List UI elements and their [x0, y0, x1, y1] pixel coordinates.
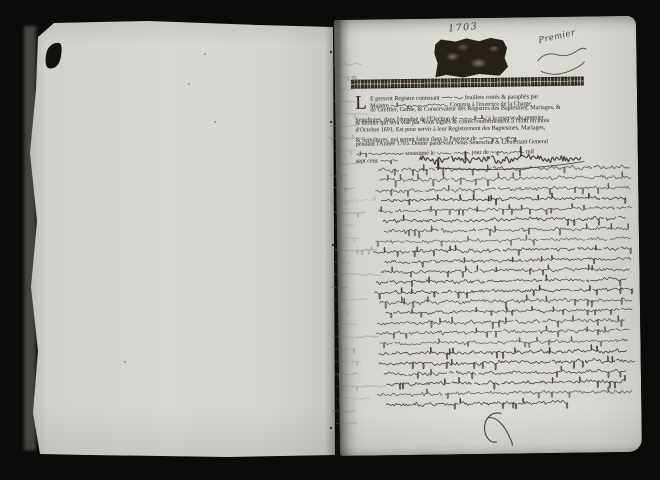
- handwriting-stroke: [381, 263, 629, 278]
- left-page: [28, 21, 335, 457]
- handwriting-stroke: [376, 274, 626, 290]
- handwriting-stroke: [385, 254, 634, 268]
- handwriting-stroke: [386, 305, 632, 318]
- printed-text: jour de: [470, 149, 490, 156]
- handwriting-stroke: [380, 171, 631, 188]
- ink-speck: [214, 121, 216, 123]
- handwritten-entry: [490, 146, 524, 158]
- ornament-band: [351, 77, 584, 89]
- ink-speck: [124, 361, 126, 363]
- ink-speck: [204, 53, 206, 55]
- printed-text: mil: [524, 148, 534, 155]
- page-hole: [43, 41, 64, 71]
- underlying-page-edge: [24, 26, 36, 450]
- handwriting-stroke: [384, 365, 626, 381]
- printed-text: soussigné le: [404, 149, 437, 156]
- handwriting-stroke: [379, 356, 634, 372]
- binding-gutter: [325, 17, 349, 457]
- handwriting-stroke: [380, 336, 628, 350]
- handwriting-stroke: [376, 183, 630, 198]
- handwriting-stroke: [377, 386, 632, 401]
- final-flourish: [484, 413, 512, 446]
- handwriting-stroke: [375, 284, 633, 299]
- handwriting-stroke: [383, 212, 625, 228]
- handwriting-stroke: [379, 162, 630, 178]
- handwriting-stroke: [376, 325, 629, 340]
- handwriting-stroke: [384, 223, 629, 238]
- handwritten-entry: [379, 155, 397, 167]
- handwriting-stroke: [381, 192, 626, 207]
- year-annotation: 1703: [448, 21, 479, 34]
- handwriting-stroke: [380, 293, 632, 310]
- handwriting-stroke: [379, 202, 634, 217]
- handwriting-stroke: [436, 162, 584, 171]
- premier-paraph: [537, 48, 586, 74]
- printed-text: sept cens: [356, 157, 380, 164]
- handwriting-stroke: [377, 315, 626, 331]
- handwriting-stroke: [380, 159, 397, 164]
- handwriting-stroke: [379, 344, 627, 360]
- premier-annotation: Premier: [538, 28, 577, 46]
- handwriting-stroke: [376, 234, 631, 248]
- printed-preamble: L E present Registre contenant feuillets…: [355, 90, 598, 162]
- right-page: 1703 Premier L E present Registre conten…: [334, 16, 642, 456]
- manuscript-scan: 1703 Premier L E present Registre conten…: [0, 0, 660, 480]
- handwriting-stroke: [373, 243, 632, 258]
- handwriting-stroke: [437, 152, 470, 154]
- handwriting-stroke: [386, 397, 568, 411]
- handwriting-stroke: [491, 151, 524, 156]
- drop-cap: L: [355, 94, 368, 113]
- ink-speck: [188, 83, 190, 85]
- ink-stamp: [434, 36, 509, 79]
- handwriting-stroke: [387, 375, 626, 391]
- handwritten-entry: [436, 147, 470, 159]
